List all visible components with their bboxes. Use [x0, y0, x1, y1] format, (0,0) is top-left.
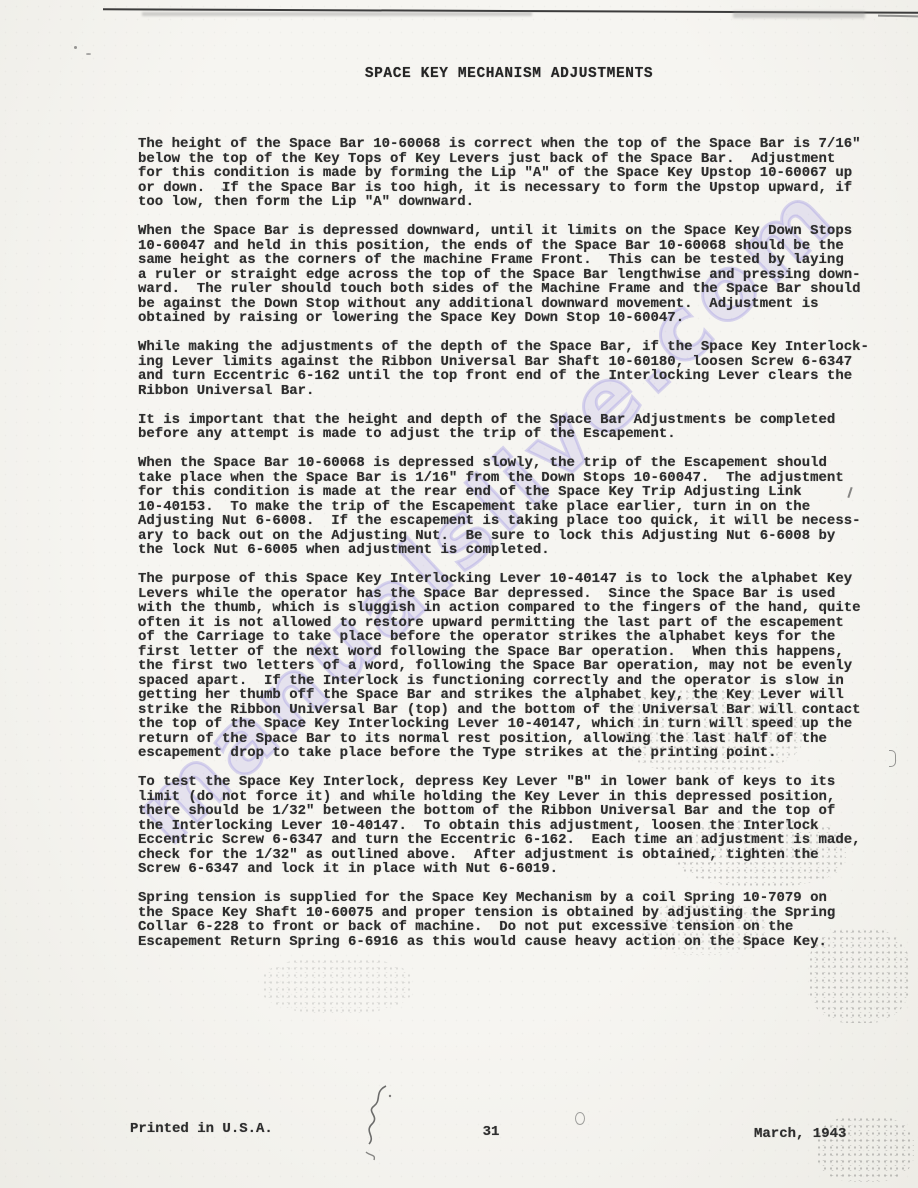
top-scan-smudge	[733, 11, 865, 18]
scanned-manual-page: { "header": { "title": "SPACE KEY MECHAN…	[0, 0, 918, 1188]
top-scan-line-tail	[878, 15, 918, 18]
ink-ring-mark	[575, 1112, 585, 1125]
paragraph-spring-tension: Spring tension is supplied for the Space…	[138, 891, 898, 949]
page-number: 31	[470, 1124, 512, 1140]
ink-speck	[74, 46, 77, 49]
footer-printed-in: Printed in U.S.A.	[130, 1121, 273, 1137]
paragraph-space-bar-depressed: When the Space Bar is depressed downward…	[138, 224, 898, 326]
scan-noise-patch	[262, 958, 412, 1013]
top-scan-smudge	[142, 12, 532, 16]
footer-date: March, 1943	[754, 1126, 846, 1142]
ink-speck	[86, 53, 91, 55]
pen-squiggle-artifact	[352, 1082, 404, 1166]
paragraph-interlock-test: To test the Space Key Interlock, depress…	[138, 775, 898, 877]
paragraph-interlocking-lever-purpose: The purpose of this Space Key Interlocki…	[138, 572, 898, 761]
paragraph-escapement-trip: When the Space Bar 10-60068 is depressed…	[138, 456, 898, 558]
document-body: The height of the Space Bar 10-60068 is …	[138, 137, 898, 964]
paragraph-importance-note: It is important that the height and dept…	[138, 413, 898, 442]
paragraph-depth-adjustment: While making the adjustments of the dept…	[138, 340, 898, 398]
top-scan-line	[103, 8, 918, 14]
page-title: SPACE KEY MECHANISM ADJUSTMENTS	[138, 66, 880, 82]
paragraph-space-bar-height: The height of the Space Bar 10-60068 is …	[138, 137, 898, 210]
